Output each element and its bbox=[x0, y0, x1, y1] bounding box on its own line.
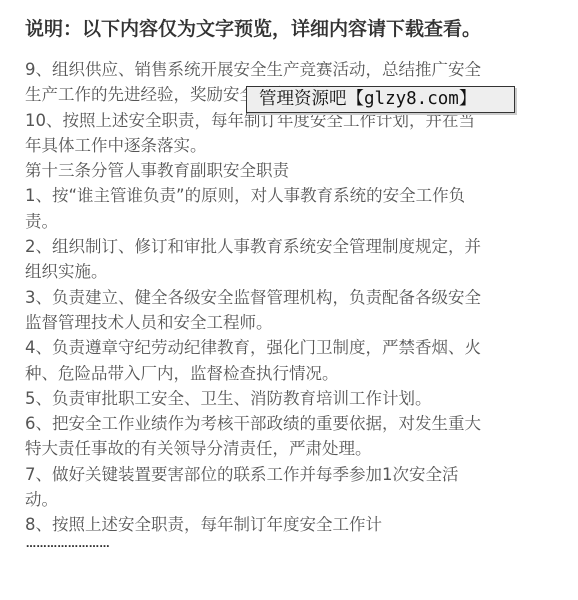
watermark-bracket-open: 【 bbox=[347, 89, 365, 109]
text-line: 2、组织制订、修订和审批人事教育系统安全管理制度规定，并 bbox=[25, 234, 555, 259]
text-line: 4、负责遵章守纪劳动纪律教育，强化门卫制度，严禁香烟、火 bbox=[25, 335, 555, 360]
text-line: 动。 bbox=[25, 487, 555, 512]
text-line: 8、按照上述安全职责，每年制订年度安全工作计 bbox=[25, 512, 555, 537]
text-line: 6、把安全工作业绩作为考核干部政绩的重要依据，对发生重大 bbox=[25, 411, 555, 436]
text-line: 7、做好关键装置要害部位的联系工作并每季参加1次安全活 bbox=[25, 462, 555, 487]
text-line: 1、按“谁主管谁负责”的原则，对人事教育系统的安全工作负 bbox=[25, 183, 555, 208]
preview-notice: 说明：以下内容仅为文字预览，详细内容请下载查看。 bbox=[25, 14, 481, 41]
section-heading: 第十三条分管人事教育副职安全职责 bbox=[25, 158, 555, 183]
text-line: 3、负责建立、健全各级安全监督管理机构，负责配备各级安全 bbox=[25, 285, 555, 310]
watermark-banner[interactable]: 管理资源吧【glzy8.com】 bbox=[246, 86, 515, 113]
text-line: 责。 bbox=[25, 209, 555, 234]
text-line: 9、组织供应、销售系统开展安全生产竞赛活动，总结推广安全 bbox=[25, 57, 555, 82]
text-line: 特大责任事故的有关领导分清责任，严肃处理。 bbox=[25, 436, 555, 461]
text-line: 种、危险品带入厂内，监督检查执行情况。 bbox=[25, 361, 555, 386]
watermark-site-name: 管理资源吧 bbox=[259, 89, 347, 109]
truncation-marker: …………………… bbox=[26, 539, 110, 550]
text-line: 监督管理技术人员和安全工程师。 bbox=[25, 310, 555, 335]
text-line: 组织实施。 bbox=[25, 259, 555, 284]
text-line: 年具体工作中逐条落实。 bbox=[25, 133, 555, 158]
text-line: 5、负责审批职工安全、卫生、消防教育培训工作计划。 bbox=[25, 386, 555, 411]
watermark-bracket-close: 】 bbox=[459, 89, 477, 109]
watermark-domain: glzy8.com bbox=[364, 89, 459, 109]
document-body: 9、组织供应、销售系统开展安全生产竞赛活动，总结推广安全 生产工作的先进经验，奖… bbox=[25, 57, 555, 538]
